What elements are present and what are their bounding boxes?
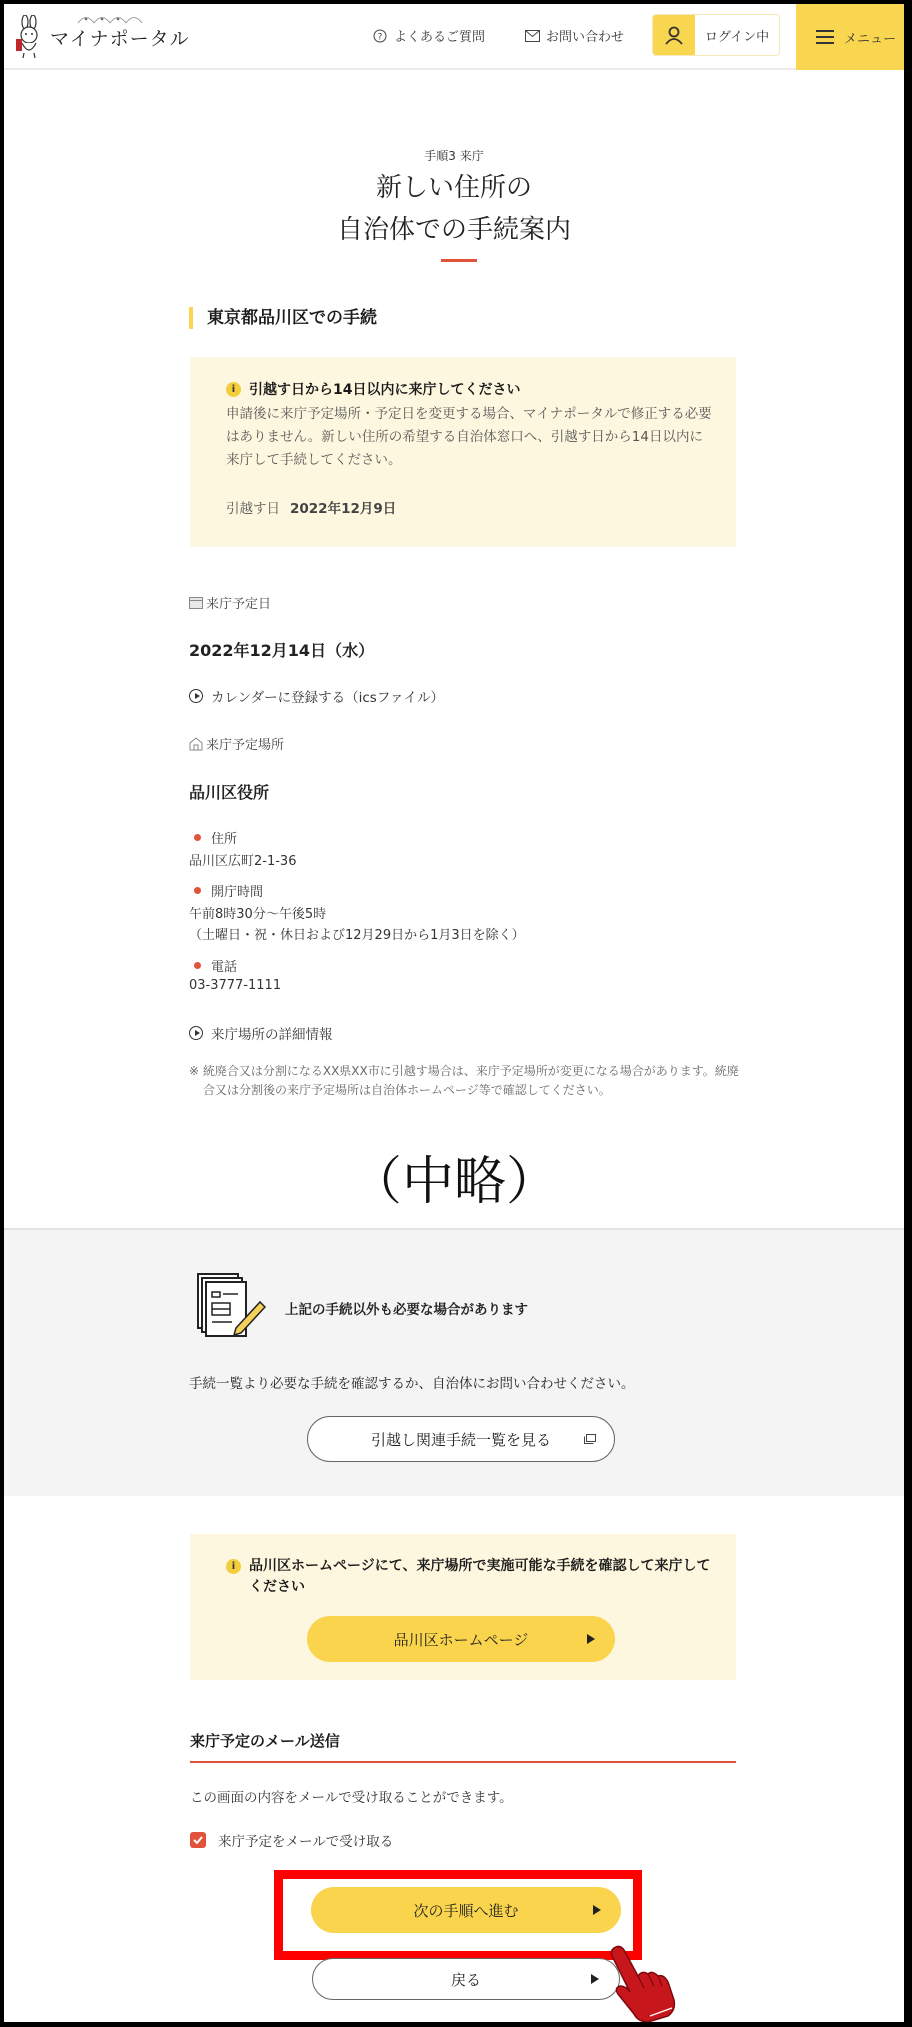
site-header: マイナポータル ? よくあるご質問 お問い合わせ ログイン中 メニュー: [4, 4, 904, 70]
place-detail-link[interactable]: 来庁場所の詳細情報: [189, 1023, 333, 1043]
menu-button[interactable]: メニュー: [796, 4, 904, 70]
building-icon: [189, 737, 203, 751]
bullet-dot-icon: [194, 834, 201, 841]
deadline-notice: i 引越す日から14日以内に来庁してください 申請後に来庁予定場所・予定日を変更…: [190, 357, 736, 547]
faq-label: よくあるご質問: [394, 26, 485, 45]
login-status-button[interactable]: ログイン中: [652, 14, 780, 56]
back-button[interactable]: 戻る: [312, 1958, 620, 2000]
mascot-rabbit-icon: [12, 15, 46, 59]
add-to-calendar-link[interactable]: カレンダーに登録する（icsファイル）: [189, 686, 444, 706]
user-icon: [664, 25, 684, 45]
hours-note: （土曜日・祝・休日および12月29日から1月3日を除く）: [189, 924, 525, 943]
hours-label: 開庁時間: [194, 881, 263, 900]
pointing-hand-icon: [608, 1944, 678, 2022]
mail-description: この画面の内容をメールで受け取ることができます。: [190, 1786, 513, 1806]
question-circle-icon: ?: [372, 28, 388, 44]
homepage-notice: i 品川区ホームページにて、来庁場所で実施可能な手続を確認して来庁してください …: [190, 1534, 736, 1680]
login-label: ログイン中: [695, 15, 779, 55]
bullet-dot-icon: [194, 962, 201, 969]
visit-place-value: 品川区役所: [189, 780, 269, 803]
logo-arc-decoration: [76, 12, 146, 24]
section-title: 東京都品川区での手続: [189, 307, 377, 329]
menu-label: メニュー: [844, 28, 896, 47]
address-value: 品川区広町2-1-36: [189, 850, 296, 869]
play-arrow-icon: [587, 1634, 595, 1644]
move-date-value: 2022年12月9日: [290, 501, 396, 517]
calendar-icon: [189, 597, 203, 609]
address-label: 住所: [194, 828, 237, 847]
move-date-label: 引越す日: [226, 501, 280, 517]
other-procedures-section: 上記の手続以外も必要な場合があります 手続一覧より必要な手続を確認するか、自治体…: [4, 1228, 904, 1496]
contact-label: お問い合わせ: [546, 26, 624, 45]
mail-opt-in-checkbox[interactable]: 来庁予定をメールで受け取る: [190, 1830, 393, 1850]
other-procedures-heading: 上記の手続以外も必要な場合があります: [285, 1298, 528, 1318]
site-logo[interactable]: マイナポータル: [12, 12, 190, 62]
page-title-line2: 自治体での手続案内: [4, 209, 904, 251]
hours-value: 午前8時30分〜午後5時: [189, 903, 326, 922]
bullet-dot-icon: [194, 887, 201, 894]
checkbox-checked-icon[interactable]: [190, 1832, 206, 1848]
visit-place-label: 来庁予定場所: [189, 734, 284, 753]
mail-icon: [524, 28, 540, 44]
circle-arrow-icon: [189, 1026, 203, 1040]
move-date: 引越す日2022年12月9日: [226, 497, 396, 517]
info-icon: i: [226, 382, 241, 397]
notice-body: 申請後に来庁予定場所・予定日を変更する場合、マイナポータルで修正する必要はありま…: [226, 403, 716, 472]
other-procedures-text: 手続一覧より必要な手続を確認するか、自治体にお問い合わせください。: [189, 1372, 635, 1392]
external-window-icon: [584, 1434, 596, 1444]
page-title-line1: 新しい住所の: [4, 167, 904, 209]
mail-section-heading: 来庁予定のメール送信: [190, 1730, 736, 1763]
page-title: 新しい住所の 自治体での手続案内: [4, 167, 904, 251]
notice-heading: 引越す日から14日以内に来庁してください: [249, 379, 520, 399]
highlight-annotation: [274, 1870, 642, 1960]
visit-date-value: 2022年12月14日（水）: [189, 638, 374, 661]
phone-label: 電話: [194, 956, 237, 975]
visit-date-label: 来庁予定日: [189, 593, 271, 612]
page-frame: マイナポータル ? よくあるご質問 お問い合わせ ログイン中 メニュー: [4, 4, 904, 2022]
svg-text:?: ?: [378, 32, 383, 42]
step-label: 手順3 来庁: [4, 147, 904, 164]
circle-arrow-icon: [189, 689, 203, 703]
faq-link[interactable]: ? よくあるご質問: [372, 26, 485, 45]
phone-value: 03-3777-1111: [189, 978, 281, 993]
hamburger-icon: [816, 30, 834, 44]
title-underline: [441, 259, 477, 262]
info-icon: i: [226, 1559, 241, 1574]
omitted-marker: （中略）: [4, 1139, 904, 1214]
contact-link[interactable]: お問い合わせ: [524, 26, 624, 45]
homepage-notice-heading: 品川区ホームページにて、来庁場所で実施可能な手続を確認して来庁してください: [249, 1556, 716, 1598]
logo-text: マイナポータル: [50, 28, 190, 50]
view-moving-procedures-button[interactable]: 引越し関連手続一覧を見る: [307, 1416, 615, 1462]
merger-footnote: ※ 統廃合又は分割になるXX県XX市に引越す場合は、来庁予定場所が変更になる場合…: [189, 1062, 741, 1100]
documents-pencil-icon: [196, 1272, 266, 1338]
shinagawa-homepage-button[interactable]: 品川区ホームページ: [307, 1616, 615, 1662]
play-arrow-icon: [591, 1974, 599, 1984]
